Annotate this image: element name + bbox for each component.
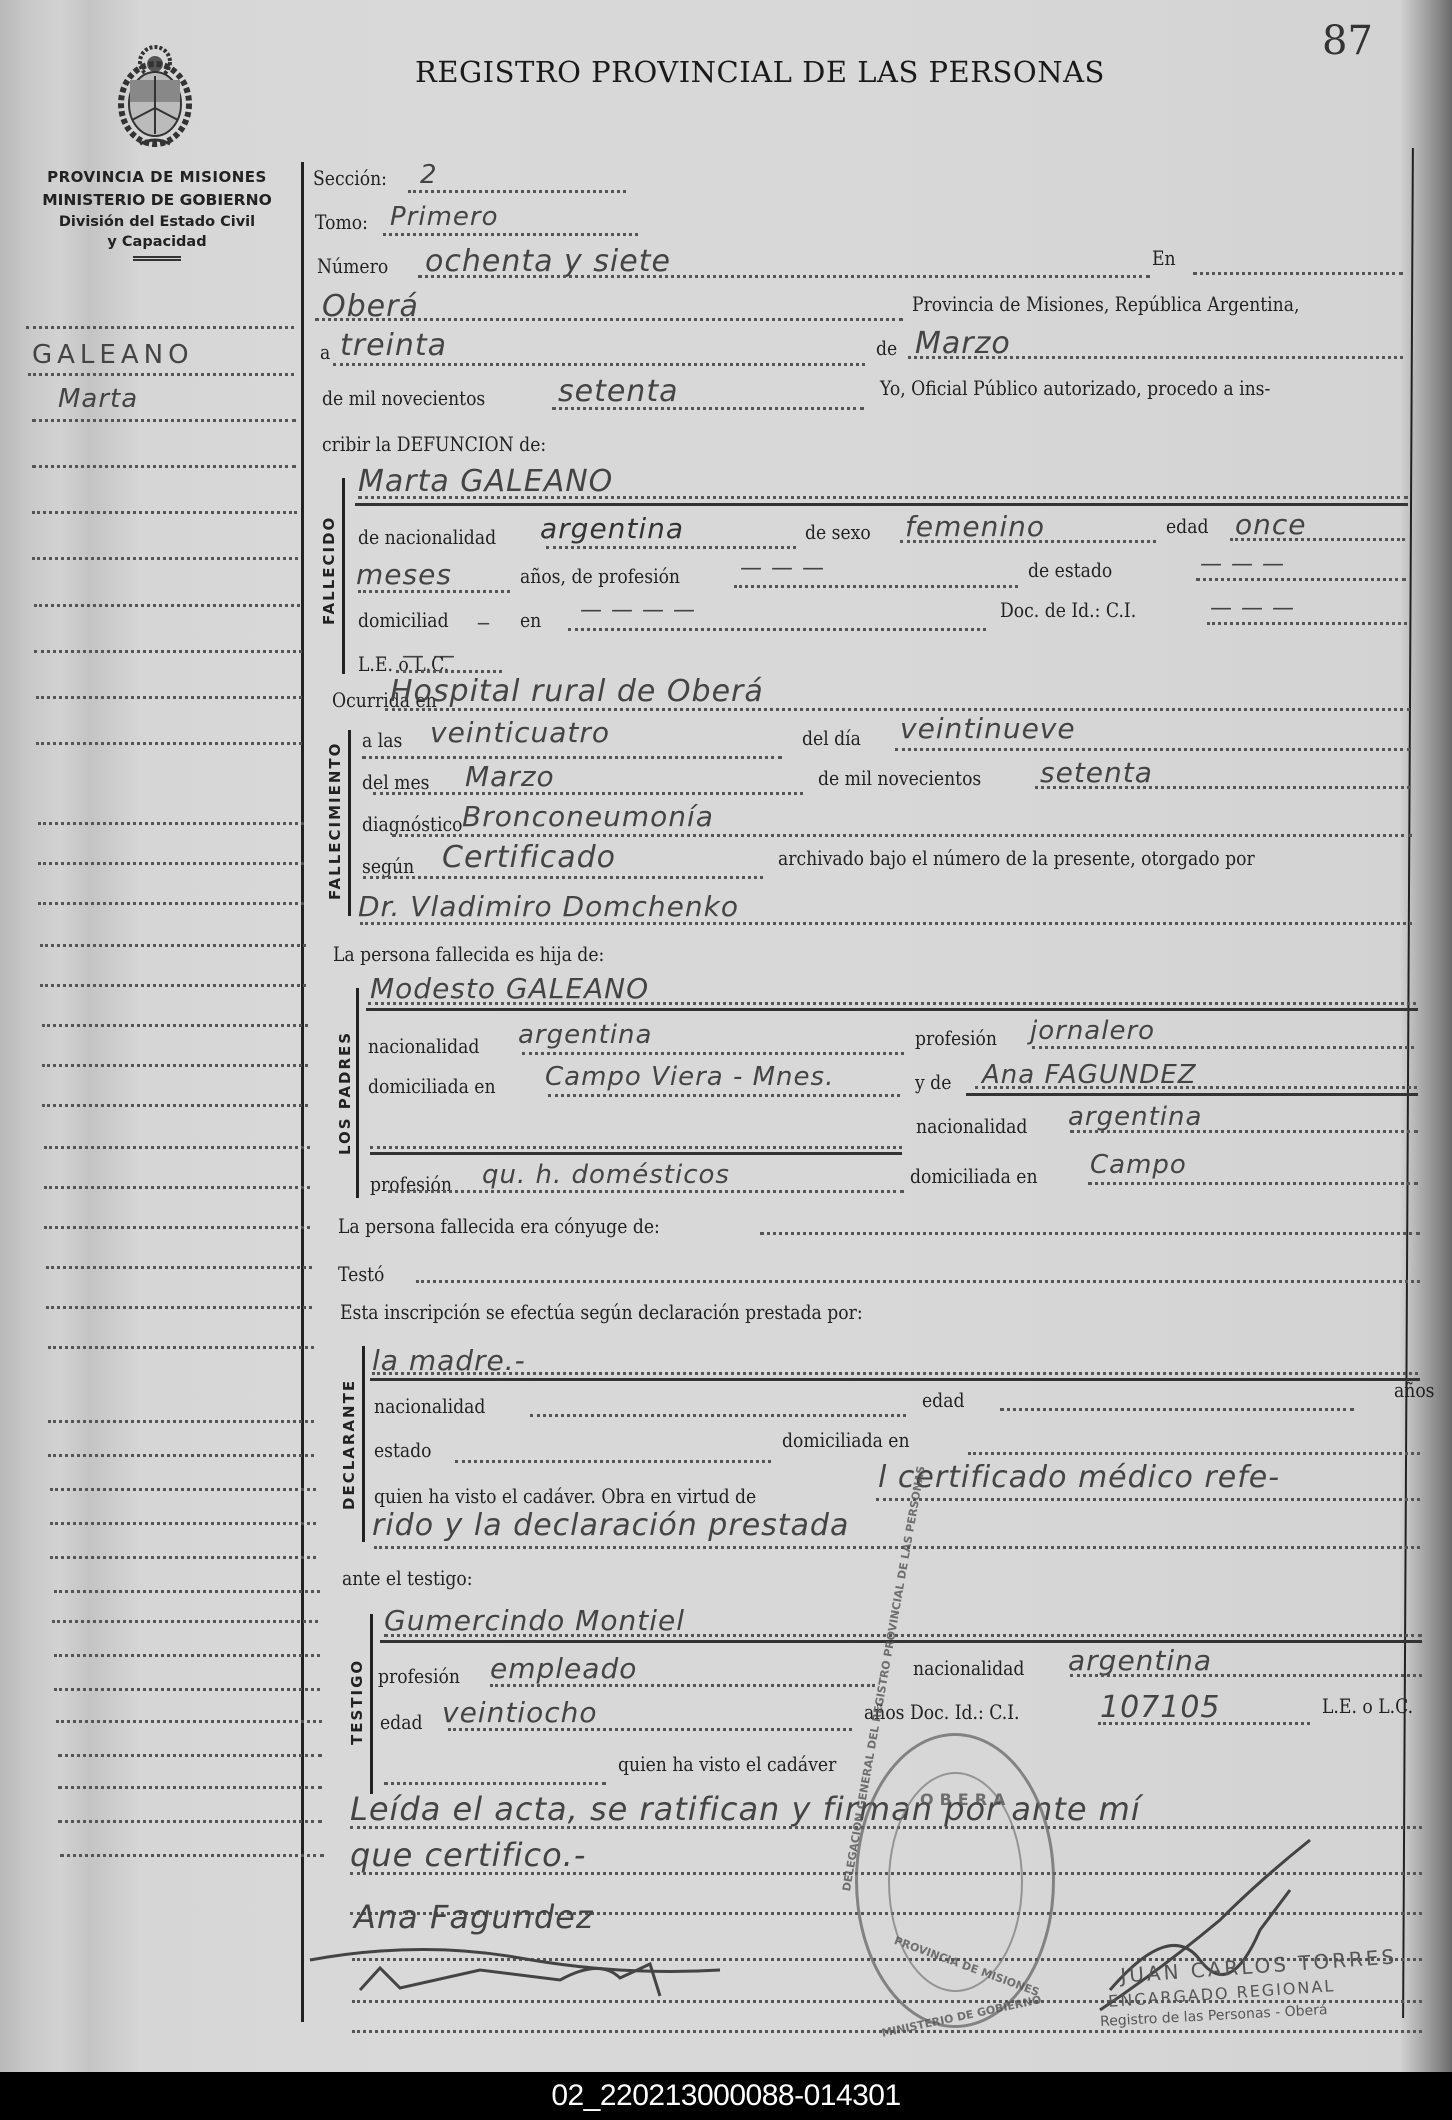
seal-inner-top-text: OBERA [920,1790,1011,1809]
madre-domicilio-label: domiciliada en [910,1164,1038,1188]
testigo-nacionalidad-value: argentina [1068,1644,1212,1677]
declarante-anios-label: años [1394,1378,1435,1402]
declarante-nacionalidad-label: nacionalidad [374,1394,485,1418]
scan-footer: 02_220213000088-014301 [0,2072,1452,2120]
testigo-edad-value: veintiocho [442,1696,597,1729]
mes-label: del mes [362,770,429,794]
province-text: Provincia de Misiones, República Argenti… [912,292,1299,316]
testigo-name: Gumercindo Montiel [384,1604,685,1637]
conyuge-label: La persona fallecida era cónyuge de: [338,1214,660,1238]
declarante-intro: Esta inscripción se efectúa según declar… [340,1300,863,1324]
column-divider [301,162,304,2022]
estado-value: — — — [1200,552,1285,577]
edad-cont-value: meses [356,558,452,591]
agency-block: PROVINCIA DE MISIONES MINISTERIO DE GOBI… [22,168,292,261]
segun-value: Certificado [442,840,616,875]
madre-profesion-value: qu. h. domésticos [482,1160,730,1190]
year-value: setenta [558,374,678,409]
testigo-doc-label: años Doc. Id.: C.I. [864,1700,1020,1724]
agency-ministry: MINISTERIO DE GOBIERNO [22,191,292,209]
doc-id-label: Doc. de Id.: C.I. [1000,598,1136,622]
inscribe-text: cribir la DEFUNCION de: [322,432,546,456]
tomo-label: Tomo: [315,210,368,234]
official-text: Yo, Oficial Público autorizado, procedo … [880,376,1270,400]
testigo-edad-label: edad [380,1710,422,1734]
padres-bracket [356,988,359,1198]
declarante-bracket [362,1346,365,1542]
year-label: de mil novecientos [322,386,485,410]
padre-domicilio-value: Campo Viera - Mnes. [545,1062,834,1092]
padre-domicilio-label: domiciliada en [368,1074,496,1098]
diagnostico-value: Bronconeumonía [462,800,714,833]
signature-testigo-scrawl [300,1940,840,2020]
margin-given-name: Marta [58,384,138,414]
declarante-edad-label: edad [922,1388,964,1412]
declarante-edad-field [1000,1408,1354,1411]
sexo-label: de sexo [805,520,871,544]
hora-label: a las [362,728,402,752]
ocurrida-value: Hospital rural de Oberá [390,674,764,709]
hora-value: veinticuatro [430,716,610,749]
declarante-section-label: DECLARANTE [340,1379,358,1510]
padre-profesion-label: profesión [915,1026,997,1050]
declarante-domicilio-label: domiciliada en [782,1428,910,1452]
agency-division: División del Estado Civil [22,214,292,230]
fallecimiento-section-label: FALLECIMIENTO [326,742,344,900]
nacionalidad-label: de nacionalidad [358,525,496,549]
deceased-name: Marta GALEANO [358,464,613,499]
anio-value: setenta [1040,756,1153,789]
declarante-estado-field [455,1460,771,1463]
testo-field [416,1280,1420,1283]
segun-label: según [362,854,414,878]
domicilio-en-label: en [520,608,541,632]
domicilio-value: — — — — [580,598,696,623]
seccion-label: Sección: [313,166,387,190]
fallecido-section-label: FALLECIDO [320,516,338,625]
profesion-value: — — — [740,556,825,581]
seccion-value: 2 [420,160,438,190]
signature-declarante: Ana Fagundez [354,1898,594,1936]
medico-value: Dr. Vladimiro Domchenko [358,890,739,923]
edad-label: edad [1166,514,1208,538]
padre-profesion-value: jornalero [1030,1016,1155,1046]
madre-nacionalidad-label: nacionalidad [916,1114,1027,1138]
testigo-profesion-label: profesión [378,1664,460,1688]
padre-name: Modesto GALEANO [370,972,649,1005]
testigo-le-lc-label: L.E. o L.C. [1322,1694,1413,1718]
testo-label: Testó [338,1262,384,1286]
dia-label: del día [802,726,861,750]
testigo-doc-value: 107105 [1100,1690,1221,1725]
edad-value: once [1235,508,1307,541]
month-de-label: de [876,336,897,360]
death-certificate-page: REGISTRO PROVINCIAL DE LAS PERSONAS 87 P… [0,0,1452,2072]
scan-footer-code: 02_220213000088-014301 [551,2079,900,2113]
testigo-section-label: TESTIGO [348,1659,366,1745]
domicilio-label: domiciliad [358,608,449,632]
testigo-bracket [370,1614,373,1794]
declarante-domicilio-field [968,1452,1420,1455]
numero-value: ochenta y siete [425,244,671,279]
argentine-coat-of-arms-icon [110,40,200,150]
page-number: 87 [1322,18,1373,64]
dia-value: veintinueve [900,712,1076,745]
declarante-nacionalidad-field [530,1414,906,1417]
testigo-profesion-value: empleado [490,1652,637,1685]
fallecido-bracket [342,478,345,674]
conyuge-field [760,1232,1420,1235]
agency-capacity: y Capacidad [22,234,292,250]
y-de-label: y de [915,1070,951,1094]
padres-section-label: LOS PADRES [336,1031,354,1155]
fallecimiento-bracket [348,730,351,916]
estado-label: de estado [1028,558,1112,582]
en-field [1193,272,1403,275]
day-value: treinta [340,328,447,363]
declarante-virtud-cont: rido y la declaración prestada [372,1508,849,1543]
doc-id-value: — — — [1210,596,1295,621]
testigo-intro: ante el testigo: [342,1566,473,1590]
madre-domicilio-value: Campo [1090,1150,1187,1180]
closing-line2: que certifico.- [350,1836,586,1874]
domicilio-suffix: _ [478,600,490,625]
testigo-visto-text: quien ha visto el cadáver [618,1752,836,1776]
mes-value: Marzo [465,760,555,793]
anio-label: de mil novecientos [818,766,981,790]
tomo-value: Primero [390,202,499,232]
document-title: REGISTRO PROVINCIAL DE LAS PERSONAS [415,55,1105,89]
declarante-estado-label: estado [374,1438,432,1462]
right-frame-line [1402,148,1414,2018]
agency-province: PROVINCIA DE MISIONES [22,168,292,186]
padres-intro: La persona fallecida es hija de: [333,942,604,966]
declarante-visto-text: quien ha visto el cadáver. Obra en virtu… [374,1484,756,1508]
padre-nacionalidad-value: argentina [518,1020,652,1050]
archivado-text: archivado bajo el número de la presente,… [778,846,1255,870]
madre-nacionalidad-value: argentina [1068,1102,1202,1132]
sexo-value: femenino [905,510,1045,543]
nacionalidad-value: argentina [540,512,684,545]
anios-profesion-label: años, de profesión [520,564,680,588]
le-lc-value: — — [402,644,456,669]
padre-nacionalidad-label: nacionalidad [368,1034,479,1058]
double-underline [133,256,181,261]
en-label: En [1152,246,1176,270]
declarante-virtud-value: l certificado médico refe- [878,1460,1280,1495]
testigo-nacionalidad-label: nacionalidad [913,1656,1024,1680]
diagnostico-label: diagnóstico [362,812,462,836]
numero-label: Número [317,254,388,278]
a-label: a [320,340,330,364]
margin-surname: GALEANO [32,340,194,370]
